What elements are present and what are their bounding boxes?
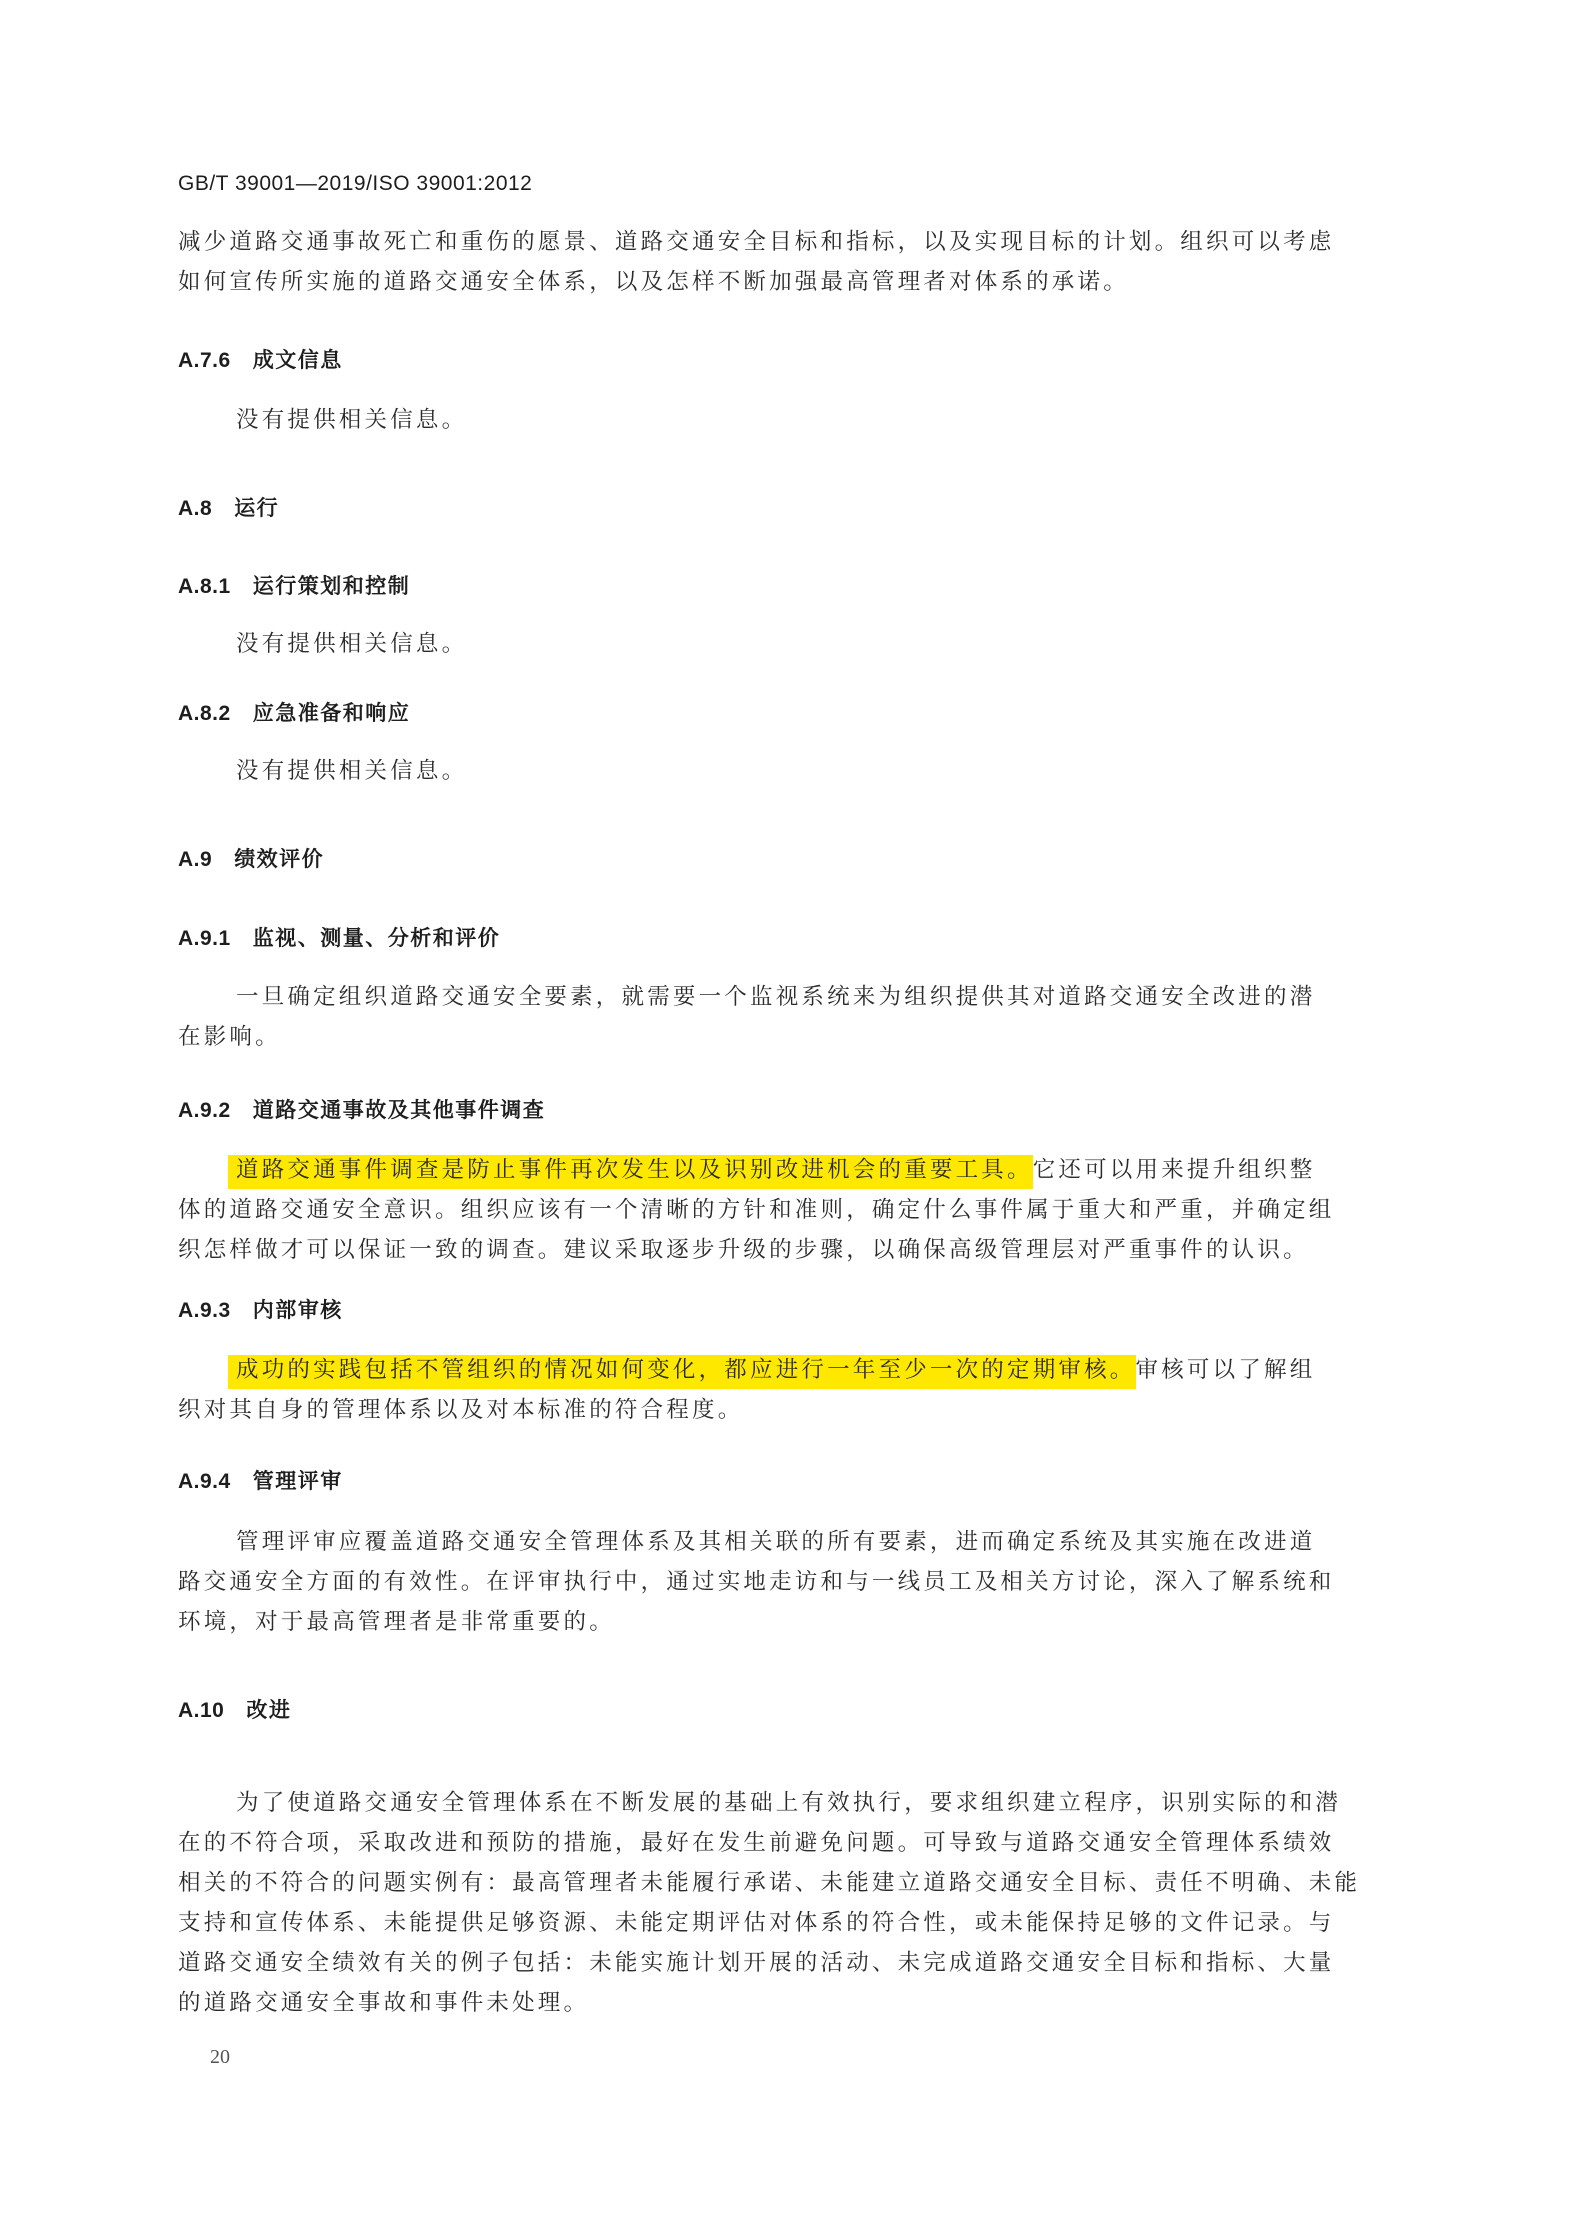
section-body-a-7-6: 没有提供相关信息。 bbox=[178, 400, 1408, 440]
section-body-a-9-2: 道路交通事件调查是防止事件再次发生以及识别改进机会的重要工具。它还可以用来提升组… bbox=[178, 1150, 1408, 1270]
text-line: 道路交通事件调查是防止事件再次发生以及识别改进机会的重要工具。它还可以用来提升组… bbox=[178, 1150, 1408, 1190]
section-heading-a-9-3: A.9.3内部审核 bbox=[178, 1294, 343, 1324]
text-line: 路交通安全方面的有效性。在评审执行中，通过实地走访和与一线员工及相关方讨论，深入… bbox=[178, 1562, 1408, 1602]
text-line: 织怎样做才可以保证一致的调查。建议采取逐步升级的步骤，以确保高级管理层对严重事件… bbox=[178, 1230, 1408, 1270]
page-number: 20 bbox=[210, 2046, 230, 2069]
section-body-a-9-1: 一旦确定组织道路交通安全要素，就需要一个监视系统来为组织提供其对道路交通安全改进… bbox=[178, 977, 1408, 1057]
section-body-a-9-3: 成功的实践包括不管组织的情况如何变化，都应进行一年至少一次的定期审核。审核可以了… bbox=[178, 1350, 1408, 1430]
section-heading-a-9-2: A.9.2道路交通事故及其他事件调查 bbox=[178, 1094, 545, 1124]
section-body-a-8-1: 没有提供相关信息。 bbox=[178, 624, 1408, 664]
section-title: 应急准备和响应 bbox=[253, 701, 411, 725]
section-body-a-10: 为了使道路交通安全管理体系在不断发展的基础上有效执行，要求组织建立程序，识别实际… bbox=[178, 1783, 1408, 2023]
section-title: 运行策划和控制 bbox=[253, 574, 411, 598]
highlighted-text: 成功的实践包括不管组织的情况如何变化，都应进行一年至少一次的定期审核。 bbox=[228, 1355, 1136, 1389]
section-body-a-8-2: 没有提供相关信息。 bbox=[178, 751, 1408, 791]
section-heading-a-8-1: A.8.1运行策划和控制 bbox=[178, 570, 410, 600]
section-number: A.9.2 bbox=[178, 1099, 231, 1123]
section-number: A.9.3 bbox=[178, 1299, 231, 1323]
section-heading-a-8: A.8运行 bbox=[178, 492, 279, 522]
section-heading-a-9-1: A.9.1监视、测量、分析和评价 bbox=[178, 922, 500, 952]
text-line: 道路交通安全绩效有关的例子包括：未能实施计划开展的活动、未完成道路交通安全目标和… bbox=[178, 1943, 1408, 1983]
intro-paragraph: 减少道路交通事故死亡和重伤的愿景、道路交通安全目标和指标，以及实现目标的计划。组… bbox=[178, 222, 1408, 302]
text-line: 相关的不符合的问题实例有：最高管理者未能履行承诺、未能建立道路交通安全目标、责任… bbox=[178, 1863, 1408, 1903]
document-page: GB/T 39001—2019/ISO 39001:2012 减少道路交通事故死… bbox=[0, 0, 1582, 2238]
section-number: A.9.1 bbox=[178, 927, 231, 951]
text-line: 成功的实践包括不管组织的情况如何变化，都应进行一年至少一次的定期审核。审核可以了… bbox=[178, 1350, 1408, 1390]
section-title: 绩效评价 bbox=[234, 847, 324, 871]
section-heading-a-9-4: A.9.4管理评审 bbox=[178, 1465, 343, 1495]
section-heading-a-8-2: A.8.2应急准备和响应 bbox=[178, 697, 410, 727]
section-heading-a-9: A.9绩效评价 bbox=[178, 843, 324, 873]
section-number: A.9.4 bbox=[178, 1470, 231, 1494]
section-number: A.9 bbox=[178, 848, 212, 872]
text-line: 没有提供相关信息。 bbox=[178, 400, 1408, 440]
section-number: A.8.2 bbox=[178, 702, 231, 726]
text-line: 如何宣传所实施的道路交通安全体系，以及怎样不断加强最高管理者对体系的承诺。 bbox=[178, 262, 1408, 302]
text-span: 审核可以了解组 bbox=[1136, 1357, 1316, 1383]
section-heading-a-10: A.10改进 bbox=[178, 1694, 291, 1724]
standard-header: GB/T 39001—2019/ISO 39001:2012 bbox=[178, 172, 532, 196]
text-span: 它还可以用来提升组织整 bbox=[1033, 1157, 1316, 1183]
section-number: A.10 bbox=[178, 1699, 224, 1723]
text-line: 环境，对于最高管理者是非常重要的。 bbox=[178, 1602, 1408, 1642]
text-line: 织对其自身的管理体系以及对本标准的符合程度。 bbox=[178, 1390, 1408, 1430]
section-number: A.7.6 bbox=[178, 349, 231, 373]
section-heading-a-7-6: A.7.6成文信息 bbox=[178, 344, 343, 374]
text-line: 体的道路交通安全意识。组织应该有一个清晰的方针和准则，确定什么事件属于重大和严重… bbox=[178, 1190, 1408, 1230]
section-body-a-9-4: 管理评审应覆盖道路交通安全管理体系及其相关联的所有要素，进而确定系统及其实施在改… bbox=[178, 1522, 1408, 1642]
text-line: 减少道路交通事故死亡和重伤的愿景、道路交通安全目标和指标，以及实现目标的计划。组… bbox=[178, 222, 1408, 262]
section-title: 监视、测量、分析和评价 bbox=[253, 926, 501, 950]
text-line: 的道路交通安全事故和事件未处理。 bbox=[178, 1983, 1408, 2023]
section-title: 内部审核 bbox=[253, 1298, 343, 1322]
section-title: 管理评审 bbox=[253, 1469, 343, 1493]
section-title: 成文信息 bbox=[253, 348, 343, 372]
section-title: 改进 bbox=[246, 1698, 291, 1722]
text-line: 在的不符合项，采取改进和预防的措施，最好在发生前避免问题。可导致与道路交通安全管… bbox=[178, 1823, 1408, 1863]
text-line: 在影响。 bbox=[178, 1017, 1408, 1057]
text-line: 没有提供相关信息。 bbox=[178, 624, 1408, 664]
section-title: 运行 bbox=[234, 496, 279, 520]
text-line: 支持和宣传体系、未能提供足够资源、未能定期评估对体系的符合性，或未能保持足够的文… bbox=[178, 1903, 1408, 1943]
text-line: 没有提供相关信息。 bbox=[178, 751, 1408, 791]
section-title: 道路交通事故及其他事件调查 bbox=[253, 1098, 546, 1122]
highlighted-text: 道路交通事件调查是防止事件再次发生以及识别改进机会的重要工具。 bbox=[228, 1155, 1033, 1189]
text-line: 为了使道路交通安全管理体系在不断发展的基础上有效执行，要求组织建立程序，识别实际… bbox=[178, 1783, 1408, 1823]
text-line: 管理评审应覆盖道路交通安全管理体系及其相关联的所有要素，进而确定系统及其实施在改… bbox=[178, 1522, 1408, 1562]
text-line: 一旦确定组织道路交通安全要素，就需要一个监视系统来为组织提供其对道路交通安全改进… bbox=[178, 977, 1408, 1017]
section-number: A.8 bbox=[178, 497, 212, 521]
section-number: A.8.1 bbox=[178, 575, 231, 599]
